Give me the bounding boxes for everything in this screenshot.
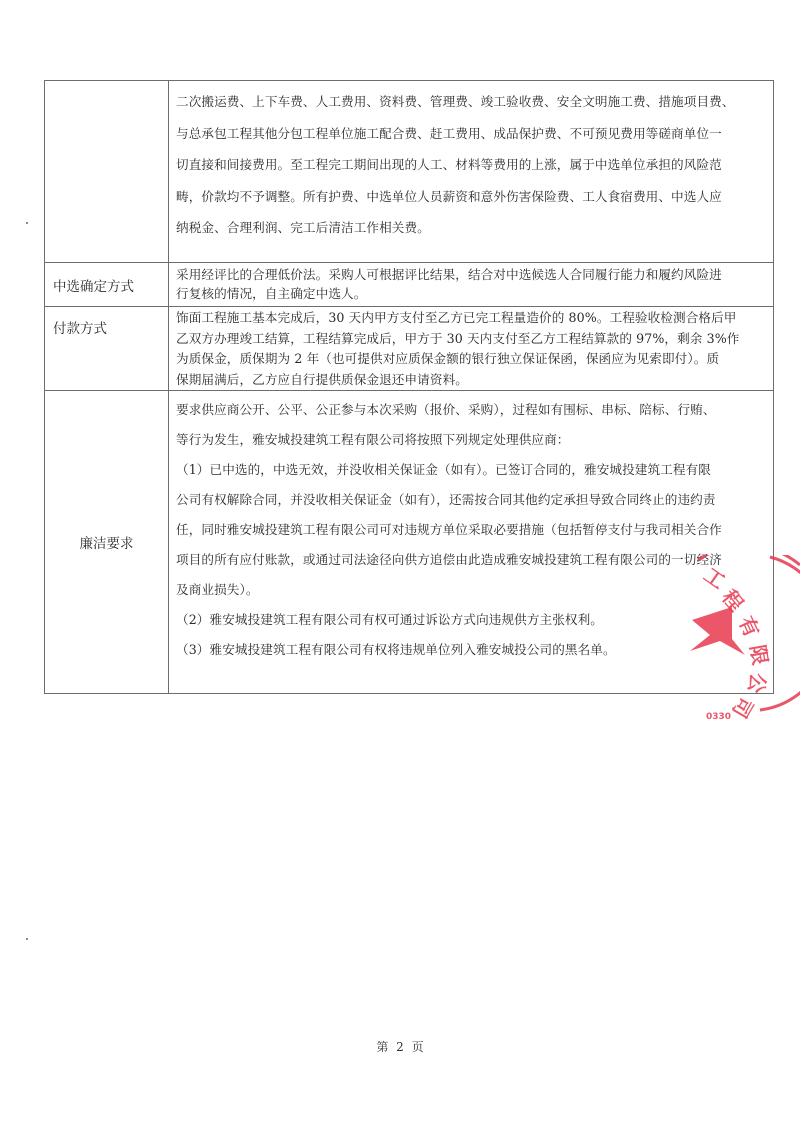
text-line: 行复核的情况，自主确定中选人。 — [176, 284, 767, 303]
text-line: （2）雅安城投建筑工程有限公司有权可通过诉讼方式向违规供方主张权利。 — [176, 605, 767, 635]
text-line: （1）已中选的，中选无效，并没收相关保证金（如有）。已签订合同的，雅安城投建筑工… — [176, 455, 767, 485]
table-row-selection-method: 中选确定方式 采用经评比的合理低价法。采购人可根据评比结果，结合对中选候选人合同… — [45, 263, 774, 307]
table-row-cost-scope: 二次搬运费、上下车费、人工费用、资料费、管理费、竣工验收费、安全文明施工费、措施… — [45, 81, 774, 263]
svg-text:0330: 0330 — [706, 712, 731, 722]
text-line: 与总承包工程其他分包工程单位施工配合费、赶工费用、成品保护费、不可预见费用等磋商… — [176, 118, 767, 150]
text-line: 饰面工程施工基本完成后，30 天内甲方支付至乙方已完工程量造价的 80%。工程验… — [176, 308, 767, 329]
text-line: （3）雅安城投建筑工程有限公司有权将违规单位列入雅安城投公司的黑名单。 — [176, 635, 767, 665]
row-label-selection-method: 中选确定方式 — [45, 263, 169, 307]
svg-text:司: 司 — [727, 693, 758, 722]
text-line: 为质保金，质保期为 2 年（也可提供对应质保金额的银行独立保证保函，保函应为见索… — [176, 349, 767, 370]
scan-artifact — [26, 222, 28, 224]
text-line: 乙双方办理竣工结算，工程结算完成后，甲方于 30 天内支付至乙方工程结算款的 9… — [176, 329, 767, 350]
text-line: 项目的所有应付账款，或通过司法途径向供方追偿由此造成雅安城投建筑工程有限公司的一… — [176, 545, 767, 575]
scan-artifact — [26, 938, 28, 940]
text-line: 采用经评比的合理低价法。采购人可根据评比结果，结合对中选候选人合同履行能力和履约… — [176, 265, 767, 284]
row-label-empty — [45, 81, 169, 263]
text-line: 等行为发生，雅安城投建筑工程有限公司将按照下列规定处理供应商： — [176, 425, 767, 455]
text-line: 畴，价款均不予调整。所有护费、中选单位人员薪资和意外伤害保险费、工人食宿费用、中… — [176, 181, 767, 213]
page-number: 第 2 页 — [0, 1038, 800, 1055]
selection-method-content: 采用经评比的合理低价法。采购人可根据评比结果，结合对中选候选人合同履行能力和履约… — [169, 263, 774, 307]
procurement-terms-table: 二次搬运费、上下车费、人工费用、资料费、管理费、竣工验收费、安全文明施工费、措施… — [44, 80, 774, 694]
integrity-requirements-content: 要求供应商公开、公平、公正参与本次采购（报价、采购），过程如有围标、串标、陪标、… — [169, 391, 774, 694]
text-line: 二次搬运费、上下车费、人工费用、资料费、管理费、竣工验收费、安全文明施工费、措施… — [176, 86, 767, 118]
cost-scope-content: 二次搬运费、上下车费、人工费用、资料费、管理费、竣工验收费、安全文明施工费、措施… — [169, 81, 774, 263]
table-row-payment-method: 付款方式 饰面工程施工基本完成后，30 天内甲方支付至乙方已完工程量造价的 80… — [45, 307, 774, 391]
text-line: 纳税金、合理利润、完工后清洁工作相关费。 — [176, 212, 767, 244]
text-line: 切直接和间接费用。至工程完工期间出现的人工、材料等费用的上涨，属于中选单位承担的… — [176, 149, 767, 181]
row-label-integrity-requirements: 廉洁要求 — [45, 391, 169, 694]
text-line: 任，同时雅安城投建筑工程有限公司可对违规方单位采取必要措施（包括暂停支付与我司相… — [176, 515, 767, 545]
row-label-payment-method: 付款方式 — [45, 307, 169, 391]
text-line: 及商业损失）。 — [176, 575, 767, 605]
text-line: 公司有权解除合同，并没收相关保证金（如有），还需按合同其他约定承担导致合同终止的… — [176, 485, 767, 515]
table-row-integrity-requirements: 廉洁要求 要求供应商公开、公平、公正参与本次采购（报价、采购），过程如有围标、串… — [45, 391, 774, 694]
text-line: 保期届满后，乙方应自行提供质保金退还申请资料。 — [176, 370, 767, 391]
payment-method-content: 饰面工程施工基本完成后，30 天内甲方支付至乙方已完工程量造价的 80%。工程验… — [169, 307, 774, 391]
text-line: 要求供应商公开、公平、公正参与本次采购（报价、采购），过程如有围标、串标、陪标、… — [176, 395, 767, 425]
